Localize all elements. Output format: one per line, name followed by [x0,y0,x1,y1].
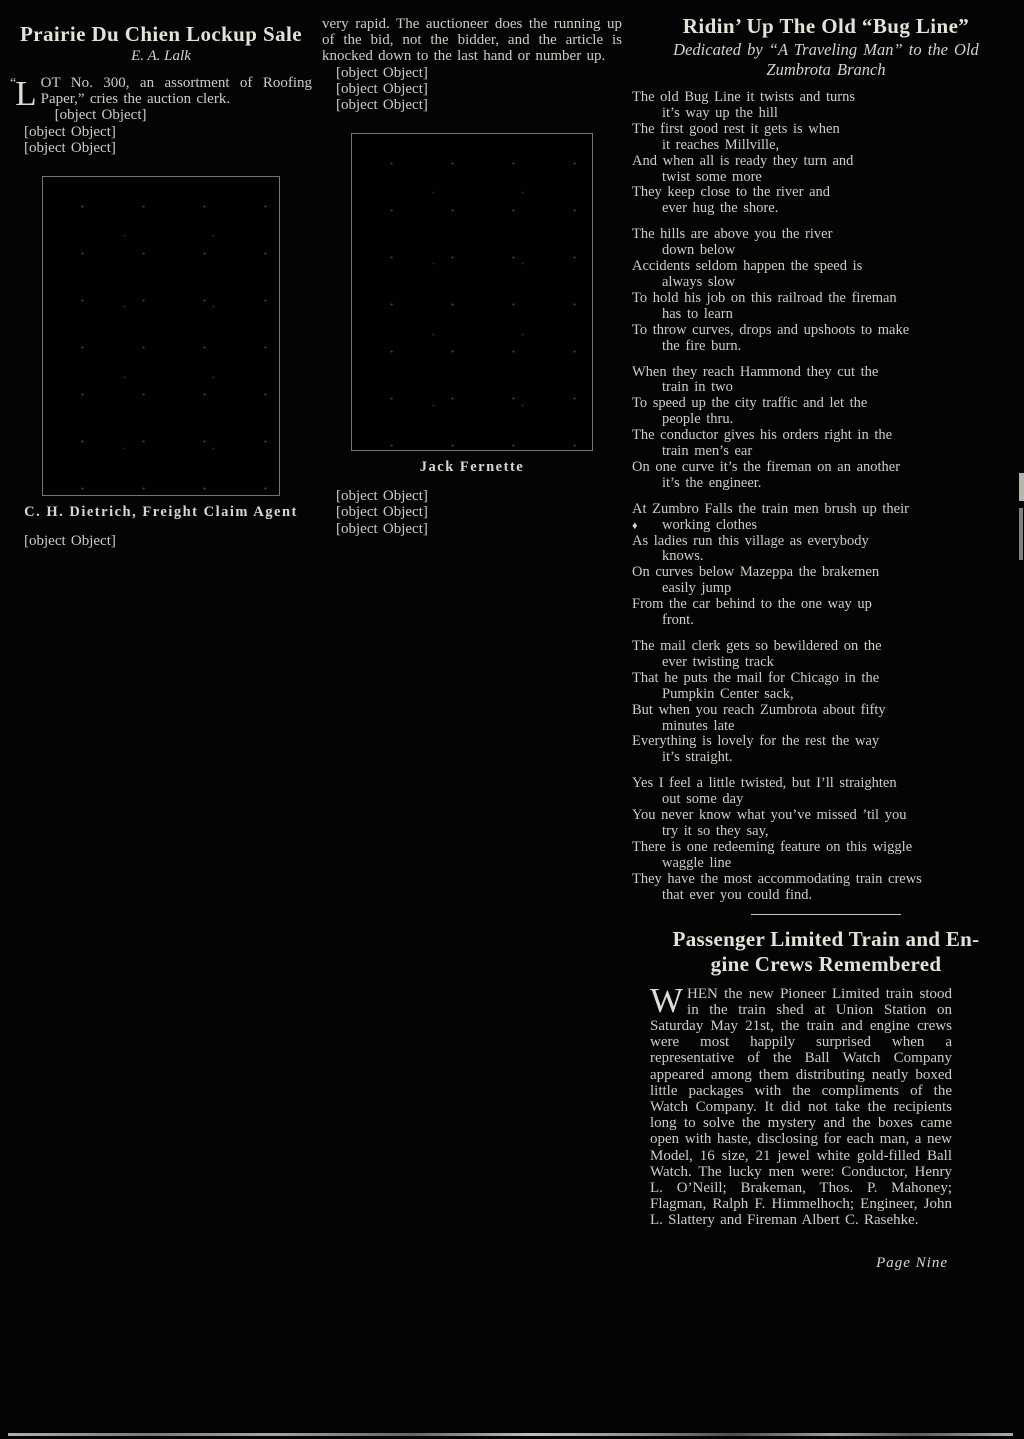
poem-line-indented: has to learn [632,307,1020,323]
poem-line-pair: The first good rest it gets is whenit re… [632,122,1020,154]
poem-line-indented: waggle line [632,856,1020,872]
poem-line: As ladies run this village as everybody [632,534,1020,550]
lead-paragraph: “LOT No. 300, an assortment of Roofing P… [10,75,312,107]
poem-line: Everything is lovely for the rest the wa… [632,734,1020,750]
poem-line-pair: But when you reach Zumbrota about fiftym… [632,703,1020,735]
photo-caption-dietrich: C. H. Dietrich, Freight Claim Agent [10,504,312,521]
poem-stanza: The old Bug Line it twists and turnsit’s… [632,90,1020,217]
photo-jack-fernette [351,133,593,451]
poem-stanza: Yes I feel a little twisted, but I’ll st… [632,776,1020,903]
poem-line-text: waggle line [662,855,731,871]
paragraph-group: [object Object][object Object][object Ob… [322,488,622,537]
paragraph: [object Object] [322,65,622,81]
poem-stanza: When they reach Hammond they cut thetrai… [632,365,1020,492]
paragraph: [object Object] [10,124,312,140]
paragraph: [object Object] [10,107,312,123]
poem-line-pair: The conductor gives his orders right in … [632,428,1020,460]
poem-line-text: people thru. [662,411,733,427]
section-divider [751,914,901,915]
poem-line-indented: Pumpkin Center sack, [632,687,1020,703]
poem-line-text: easily jump [662,580,731,596]
poem-line: They keep close to the river and [632,185,1020,201]
poem-line-indented: out some day [632,792,1020,808]
dropcap-wrap: “L [10,76,37,109]
poem-line-pair: Yes I feel a little twisted, but I’ll st… [632,776,1020,808]
poem-line-text: it’s the engineer. [662,475,761,491]
poem-line-text: down below [662,242,735,258]
dropcap-letter: W [650,981,683,1020]
poem-line-indented: it’s way up the hill [632,106,1020,122]
lockup-sale-byline: E. A. Lalk [10,48,312,65]
watch-article-text: HEN the new Pioneer Limited train stood … [650,986,952,1229]
poem-line-pair: And when all is ready they turn andtwist… [632,154,1020,186]
poem-line-indented: that ever you could find. [632,888,1020,904]
paragraph: [object Object] [322,81,622,97]
lockup-sale-title: Prairie Du Chien Lockup Sale [10,22,312,46]
poem-line-text: always slow [662,274,735,290]
poem-line-pair: On curves below Mazeppa the brakemeneasi… [632,565,1020,597]
poem-line-indented: ever twisting track [632,655,1020,671]
poem-line-pair: They keep close to the river andever hug… [632,185,1020,217]
watch-article-title-line2: gine Crews Remembered [632,952,1020,977]
paragraph-group: [object Object] [10,533,312,549]
poem-line-text: train in two [662,379,733,395]
poem-line-pair: From the car behind to the one way upfro… [632,597,1020,629]
poem-line-indented: minutes late [632,719,1020,735]
poem-stanza: The mail clerk gets so bewildered on the… [632,639,1020,766]
poem-line-text: it reaches Millville, [662,137,779,153]
poem-line-text: twist some more [662,169,762,185]
poem-line: But when you reach Zumbrota about fifty [632,703,1020,719]
poem-line: And when all is ready they turn and [632,154,1020,170]
page-number: Page Nine [632,1255,1020,1272]
poem-line: They have the most accommodating train c… [632,872,1020,888]
poem-line-indented: the fire burn. [632,339,1020,355]
poem-line-text: train men’s ear [662,443,752,459]
poem-line: The conductor gives his orders right in … [632,428,1020,444]
dropcap-wrap: W [650,987,683,1016]
poem-stanza: At Zumbro Falls the train men brush up t… [632,502,1020,629]
poem-line-text: it’s way up the hill [662,105,778,121]
poem-line: That he puts the mail for Chicago in the [632,671,1020,687]
poem-line-pair: At Zumbro Falls the train men brush up t… [632,502,1020,534]
poem-line-indented: always slow [632,275,1020,291]
poem-line-text: front. [662,612,694,628]
article-watch-presentation: Passenger Limited Train and En- gine Cre… [632,927,1020,1229]
poem-line: At Zumbro Falls the train men brush up t… [632,502,1020,518]
poem-line: On curves below Mazeppa the brakemen [632,565,1020,581]
paragraph: [object Object] [10,533,312,549]
poem-line-indented: twist some more [632,170,1020,186]
poem-line: To hold his job on this railroad the fir… [632,291,1020,307]
poem-line-text: ever twisting track [662,654,774,670]
poem-line: To speed up the city traffic and let the [632,396,1020,412]
poem-line-text: ever hug the shore. [662,200,778,216]
poem-line: The mail clerk gets so bewildered on the [632,639,1020,655]
poem-line-pair: When they reach Hammond they cut thetrai… [632,365,1020,397]
magazine-page-scan: Prairie Du Chien Lockup Sale E. A. Lalk … [0,0,1024,1439]
poem-line-indented: it reaches Millville, [632,138,1020,154]
poem-line: The first good rest it gets is when [632,122,1020,138]
paragraph: [object Object] [322,504,622,520]
poem-line-text: out some day [662,791,743,807]
poem-line-indented: try it so they say, [632,824,1020,840]
scan-bottom-edge-line [8,1433,1013,1436]
poem-line-pair: You never know what you’ve missed ’til y… [632,808,1020,840]
poem-line-text: has to learn [662,306,733,322]
poem-line-indented: knows. [632,549,1020,565]
paragraph: [object Object] [322,488,622,504]
article-lockup-sale: Prairie Du Chien Lockup Sale E. A. Lalk … [10,22,312,549]
poem-line-pair: To hold his job on this railroad the fir… [632,291,1020,323]
poem-line-indented: people thru. [632,412,1020,428]
paragraph-group: [object Object][object Object][object Ob… [10,107,312,156]
paragraph: [object Object] [322,521,622,537]
poem-line-text: minutes late [662,718,734,734]
poem-line-indented: front. [632,613,1020,629]
poem-line-pair: As ladies run this village as everybodyk… [632,534,1020,566]
poem-line-pair: That he puts the mail for Chicago in the… [632,671,1020,703]
bug-line-title: Ridin’ Up The Old “Bug Line” [632,14,1020,38]
diamond-marker: ♦ [632,519,638,535]
paragraph: [object Object] [322,97,622,113]
watch-article-title-line1: Passenger Limited Train and En- [632,927,1020,952]
poem-line: The hills are above you the river [632,227,1020,243]
poem-line-indented: ♦working clothes [632,518,1020,534]
poem-line-pair: To throw curves, drops and upshoots to m… [632,323,1020,355]
poem-line-indented: it’s straight. [632,750,1020,766]
poem-line-indented: ever hug the shore. [632,201,1020,217]
poem-line: Accidents seldom happen the speed is [632,259,1020,275]
scan-edge-artifact [1019,508,1023,560]
poem-line: The old Bug Line it twists and turns [632,90,1020,106]
watch-article-body: WHEN the new Pioneer Limited train stood… [650,986,952,1229]
scan-edge-artifact [1019,473,1024,501]
lead-text: OT No. 300, an assortment of Roofing Pap… [41,75,312,107]
poem-line-text: Pumpkin Center sack, [662,686,794,702]
poem-line: To throw curves, drops and upshoots to m… [632,323,1020,339]
poem-line-text: it’s straight. [662,749,732,765]
poem-line-text: the fire burn. [662,338,741,354]
photo-caption-fernette: Jack Fernette [322,459,622,476]
poem-line: On one curve it’s the fireman on an anot… [632,460,1020,476]
poem-line-text: knows. [662,548,704,564]
poem-line: There is one redeeming feature on this w… [632,840,1020,856]
poem-line: When they reach Hammond they cut the [632,365,1020,381]
poem-line-pair: They have the most accommodating train c… [632,872,1020,904]
poem-line-text: working clothes [662,517,757,533]
poem-line: You never know what you’ve missed ’til y… [632,808,1020,824]
poem-line-pair: To speed up the city traffic and let the… [632,396,1020,428]
poem-line-text: try it so they say, [662,823,769,839]
article-lockup-sale-continued: very rapid. The auctioneer does the runn… [322,16,622,537]
poem-line-text: that ever you could find. [662,887,812,903]
poem-line-pair: Accidents seldom happen the speed isalwa… [632,259,1020,291]
photo-ch-dietrich [42,176,280,496]
poem-line-indented: down below [632,243,1020,259]
poem-line-indented: train in two [632,380,1020,396]
paragraph: [object Object] [10,140,312,156]
poem-line-indented: it’s the engineer. [632,476,1020,492]
poem-line-pair: There is one redeeming feature on this w… [632,840,1020,872]
poem-line: From the car behind to the one way up [632,597,1020,613]
poem-stanza: The hills are above you the riverdown be… [632,227,1020,354]
paragraph-group: [object Object][object Object][object Ob… [322,65,622,114]
poem-line-pair: The mail clerk gets so bewildered on the… [632,639,1020,671]
poem-line-pair: On one curve it’s the fireman on an anot… [632,460,1020,492]
dropcap-letter: L [15,74,36,113]
article-bug-line-poem: Ridin’ Up The Old “Bug Line” Dedicated b… [632,14,1020,1272]
bug-line-dedication: Dedicated by “A Traveling Man” to the Ol… [650,40,1002,80]
poem-line-pair: The old Bug Line it twists and turnsit’s… [632,90,1020,122]
poem-line: Yes I feel a little twisted, but I’ll st… [632,776,1020,792]
poem-line-pair: Everything is lovely for the rest the wa… [632,734,1020,766]
poem-line-pair: The hills are above you the riverdown be… [632,227,1020,259]
poem-line-indented: train men’s ear [632,444,1020,460]
poem-line-indented: easily jump [632,581,1020,597]
continuation-paragraph: very rapid. The auctioneer does the runn… [322,16,622,65]
